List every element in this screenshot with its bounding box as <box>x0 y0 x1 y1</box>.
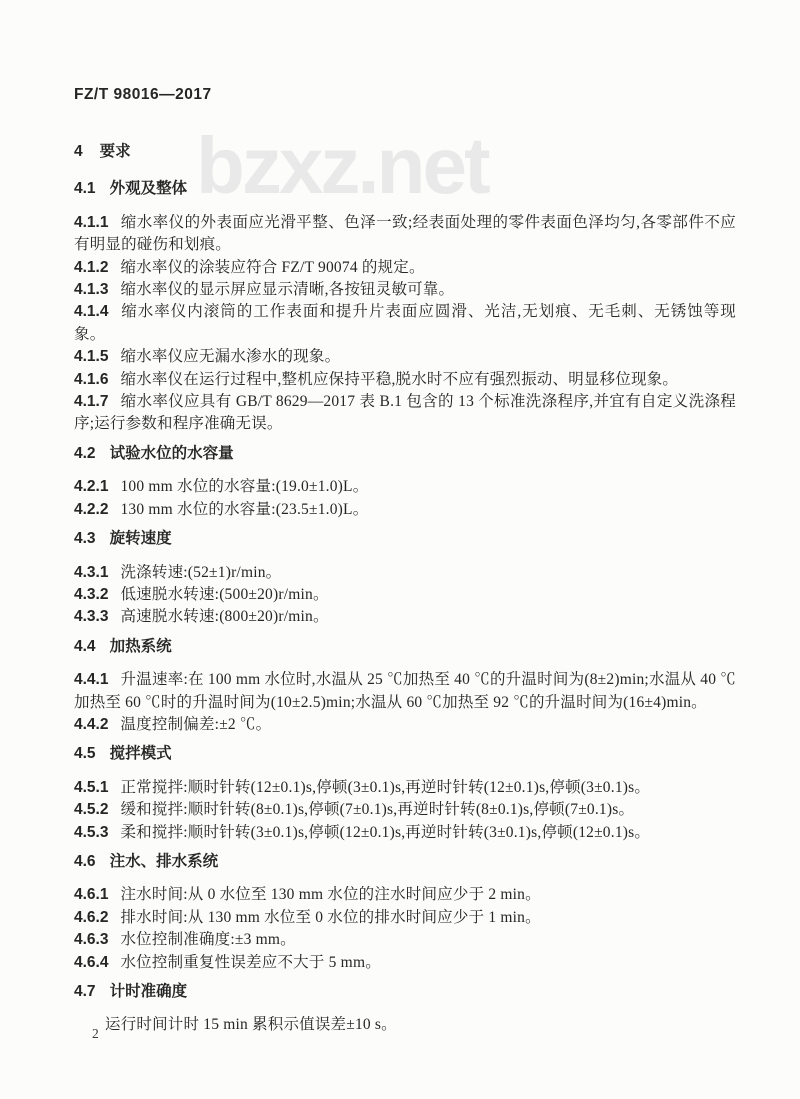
clause: 4.1.4缩水率仪内滚筒的工作表面和提升片表面应圆滑、光洁,无划痕、无毛刺、无锈… <box>74 301 736 346</box>
clause: 4.4.2温度控制偏差:±2 ℃。 <box>74 714 736 736</box>
section-number: 4.3 <box>74 530 96 547</box>
clause-number: 4.5.1 <box>74 779 108 796</box>
clause-number: 4.5.2 <box>74 801 108 818</box>
clause-text: 缩水率仪的外表面应光滑平整、色泽一致;经表面处理的零件表面色泽均匀,各零部件不应… <box>74 214 736 253</box>
section-number: 4.4 <box>74 638 96 655</box>
clause-number: 4.4.2 <box>74 716 108 733</box>
section-heading: 4.1外观及整体 <box>74 178 736 200</box>
clause-number: 4.1.5 <box>74 348 108 365</box>
section-title: 搅拌模式 <box>110 745 172 762</box>
clause-number: 4.6.3 <box>74 931 108 948</box>
clause-number: 4.1.7 <box>74 393 108 410</box>
section-number: 4 <box>74 143 83 160</box>
document-body: 4要求4.1外观及整体4.1.1缩水率仪的外表面应光滑平整、色泽一致;经表面处理… <box>74 141 736 1037</box>
clause-text: 水位控制重复性误差应不大于 5 mm。 <box>120 954 380 971</box>
clause-number: 4.1.1 <box>74 214 108 231</box>
clause: 4.6.4水位控制重复性误差应不大于 5 mm。 <box>74 952 736 974</box>
clause-number: 4.1.3 <box>74 281 108 298</box>
clause: 4.6.1注水时间:从 0 水位至 130 mm 水位的注水时间应少于 2 mi… <box>74 884 736 906</box>
clause-text: 高速脱水转速:(800±20)r/min。 <box>120 608 328 625</box>
clause-number: 4.3.2 <box>74 586 108 603</box>
clause: 4.1.3缩水率仪的显示屏应显示清晰,各按钮灵敏可靠。 <box>74 279 736 301</box>
clause-number: 4.6.2 <box>74 909 108 926</box>
clause: 4.5.2缓和搅拌:顺时针转(8±0.1)s,停顿(7±0.1)s,再逆时针转(… <box>74 799 736 821</box>
clause-text: 缓和搅拌:顺时针转(8±0.1)s,停顿(7±0.1)s,再逆时针转(8±0.1… <box>120 801 634 818</box>
clause: 4.2.1100 mm 水位的水容量:(19.0±1.0)L。 <box>74 476 736 498</box>
clause: 4.6.2排水时间:从 130 mm 水位至 0 水位的排水时间应少于 1 mi… <box>74 907 736 929</box>
clause-number: 4.4.1 <box>74 671 108 688</box>
section-number: 4.2 <box>74 445 96 462</box>
clause: 4.2.2130 mm 水位的水容量:(23.5±1.0)L。 <box>74 499 736 521</box>
clause-text: 130 mm 水位的水容量:(23.5±1.0)L。 <box>120 501 368 518</box>
clause-number: 4.2.1 <box>74 478 108 495</box>
clause: 4.3.1洗涤转速:(52±1)r/min。 <box>74 562 736 584</box>
section-number: 4.7 <box>74 983 96 1000</box>
clause-text: 水位控制准确度:±3 mm。 <box>120 931 295 948</box>
standard-number: FZ/T 98016—2017 <box>74 84 736 106</box>
section-number: 4.6 <box>74 853 96 870</box>
clause-text: 缩水率仪应具有 GB/T 8629—2017 表 B.1 包含的 13 个标准洗… <box>74 393 736 432</box>
clause-number: 4.3.3 <box>74 608 108 625</box>
clause-text: 升温速率:在 100 mm 水位时,水温从 25 ℃加热至 40 ℃的升温时间为… <box>74 671 736 710</box>
section-title: 试验水位的水容量 <box>110 445 234 462</box>
paragraph-text: 运行时间计时 15 min 累积示值误差±10 s。 <box>105 1016 397 1033</box>
clause-text: 缩水率仪的显示屏应显示清晰,各按钮灵敏可靠。 <box>120 281 454 298</box>
section-number: 4.5 <box>74 745 96 762</box>
section-number: 4.1 <box>74 180 96 197</box>
section-title: 外观及整体 <box>110 180 188 197</box>
section-title: 计时准确度 <box>110 983 188 1000</box>
clause-text: 缩水率仪在运行过程中,整机应保持平稳,脱水时不应有强烈振动、明显移位现象。 <box>120 371 678 388</box>
clause: 4.4.1升温速率:在 100 mm 水位时,水温从 25 ℃加热至 40 ℃的… <box>74 669 736 714</box>
clause: 4.5.1正常搅拌:顺时针转(12±0.1)s,停顿(3±0.1)s,再逆时针转… <box>74 777 736 799</box>
clause: 4.3.2低速脱水转速:(500±20)r/min。 <box>74 584 736 606</box>
clause-text: 低速脱水转速:(500±20)r/min。 <box>120 586 328 603</box>
section-heading: 4.7计时准确度 <box>74 981 736 1003</box>
section-heading: 4.6注水、排水系统 <box>74 851 736 873</box>
clause: 4.1.7缩水率仪应具有 GB/T 8629—2017 表 B.1 包含的 13… <box>74 391 736 436</box>
clause-number: 4.1.2 <box>74 259 108 276</box>
clause-number: 4.1.4 <box>74 303 108 320</box>
document-page: bzxz.net FZ/T 98016—2017 4要求4.1外观及整体4.1.… <box>0 0 800 1099</box>
clause-number: 4.6.4 <box>74 954 108 971</box>
clause-number: 4.5.3 <box>74 824 108 841</box>
section-heading: 4.5搅拌模式 <box>74 743 736 765</box>
clause-number: 4.3.1 <box>74 564 108 581</box>
clause: 4.1.6缩水率仪在运行过程中,整机应保持平稳,脱水时不应有强烈振动、明显移位现… <box>74 369 736 391</box>
clause-text: 柔和搅拌:顺时针转(3±0.1)s,停顿(12±0.1)s,再逆时针转(3±0.… <box>120 824 650 841</box>
clause-text: 排水时间:从 130 mm 水位至 0 水位的排水时间应少于 1 min。 <box>120 909 540 926</box>
clause-text: 缩水率仪的涂装应符合 FZ/T 90074 的规定。 <box>120 259 424 276</box>
section-heading: 4.3旋转速度 <box>74 528 736 550</box>
clause-text: 100 mm 水位的水容量:(19.0±1.0)L。 <box>120 478 368 495</box>
clause-number: 4.6.1 <box>74 886 108 903</box>
paragraph: 运行时间计时 15 min 累积示值误差±10 s。 <box>74 1014 736 1036</box>
clause-text: 洗涤转速:(52±1)r/min。 <box>120 564 281 581</box>
clause: 4.3.3高速脱水转速:(800±20)r/min。 <box>74 606 736 628</box>
clause-text: 正常搅拌:顺时针转(12±0.1)s,停顿(3±0.1)s,再逆时针转(12±0… <box>120 779 650 796</box>
section-title: 旋转速度 <box>110 530 172 547</box>
section-title: 要求 <box>100 143 131 160</box>
clause-text: 缩水率仪应无漏水渗水的现象。 <box>120 348 340 365</box>
page-content: FZ/T 98016—2017 4要求4.1外观及整体4.1.1缩水率仪的外表面… <box>74 84 736 1037</box>
clause: 4.6.3水位控制准确度:±3 mm。 <box>74 929 736 951</box>
clause: 4.1.1缩水率仪的外表面应光滑平整、色泽一致;经表面处理的零件表面色泽均匀,各… <box>74 212 736 257</box>
clause: 4.1.5缩水率仪应无漏水渗水的现象。 <box>74 346 736 368</box>
clause-text: 温度控制偏差:±2 ℃。 <box>120 716 271 733</box>
clause-text: 注水时间:从 0 水位至 130 mm 水位的注水时间应少于 2 min。 <box>120 886 540 903</box>
clause-number: 4.2.2 <box>74 501 108 518</box>
clause: 4.5.3柔和搅拌:顺时针转(3±0.1)s,停顿(12±0.1)s,再逆时针转… <box>74 822 736 844</box>
section-title: 加热系统 <box>110 638 172 655</box>
clause-number: 4.1.6 <box>74 371 108 388</box>
section-heading: 4.2试验水位的水容量 <box>74 443 736 465</box>
clause-text: 缩水率仪内滚筒的工作表面和提升片表面应圆滑、光洁,无划痕、无毛刺、无锈蚀等现象。 <box>74 303 736 342</box>
section-heading: 4要求 <box>74 141 736 163</box>
section-heading: 4.4加热系统 <box>74 636 736 658</box>
section-title: 注水、排水系统 <box>110 853 219 870</box>
clause: 4.1.2缩水率仪的涂装应符合 FZ/T 90074 的规定。 <box>74 257 736 279</box>
page-number: 2 <box>92 1026 99 1042</box>
